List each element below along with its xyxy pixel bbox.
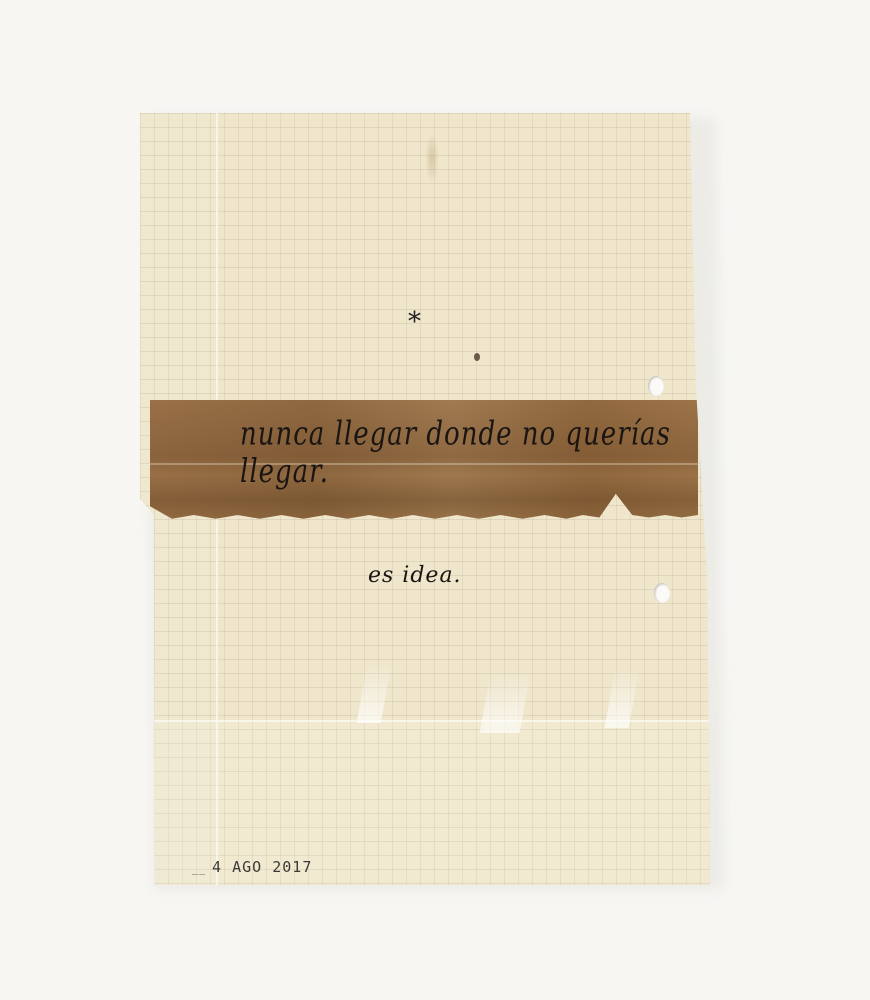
- asterisk-mark: *: [408, 307, 421, 337]
- ink-speck: [474, 353, 480, 361]
- punch-hole-bottom: [654, 583, 670, 603]
- stain: [425, 133, 439, 183]
- date-stamp-text: 4 AGO 2017: [212, 858, 312, 876]
- handwritten-line-2: es idea.: [368, 563, 462, 588]
- handwritten-line-1: nunca llegar donde no querías llegar.: [240, 416, 710, 491]
- punch-hole-top: [648, 376, 664, 396]
- note-paper: * nunca llegar donde no querías llegar. …: [140, 113, 710, 885]
- water-mark: [605, 668, 640, 728]
- date-stamp: __4 AGO 2017: [192, 858, 312, 876]
- water-mark: [357, 663, 392, 723]
- stamp-dash: __: [192, 864, 206, 875]
